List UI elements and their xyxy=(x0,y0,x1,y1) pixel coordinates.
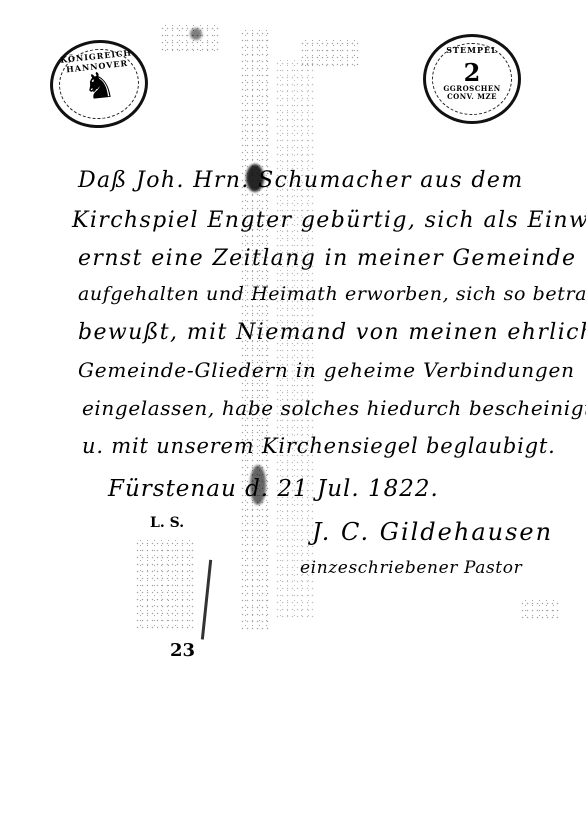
body-line-3: ernst eine Zeitlang in meiner Gemeinde xyxy=(78,248,576,270)
body-line-7: eingelassen, habe solches hiedurch besch… xyxy=(82,398,586,418)
body-line-6: Gemeinde-Gliedern in geheime Verbindunge… xyxy=(78,360,575,380)
body-line-4: aufgehalten und Heimath erworben, sich s… xyxy=(78,285,586,304)
tax-stamp: STEMPEL 2 GGROSCHEN CONV. MZE xyxy=(423,34,521,124)
margin-note-number: 23 xyxy=(170,640,195,661)
margin-note-ls: L. S. xyxy=(150,515,184,531)
document-page: KÖNIGREICH HANNOVER ♞ STEMPEL 2 GGROSCHE… xyxy=(0,0,586,823)
tax-stamp-value: 2 xyxy=(464,61,481,85)
tax-stamp-line1: GGROSCHEN xyxy=(443,85,500,93)
scan-noise xyxy=(160,25,220,55)
scan-noise xyxy=(520,600,560,620)
tax-stamp-line2: CONV. MZE xyxy=(447,93,497,101)
seal-ring-text: KÖNIGREICH HANNOVER xyxy=(50,46,144,76)
ink-stain xyxy=(190,28,202,40)
body-line-2: Kirchspiel Engter gebürtig, sich als Ein… xyxy=(72,210,586,232)
scan-noise xyxy=(300,40,360,70)
ink-mark xyxy=(201,560,218,641)
scan-noise xyxy=(135,540,195,630)
margin-note-s: S. xyxy=(170,515,185,531)
body-line-1: Daß Joh. Hrn. Schumacher aus dem xyxy=(78,170,524,192)
signature-name: J. C. Gildehausen xyxy=(312,520,553,544)
date-line: Fürstenau d. 21 Jul. 1822. xyxy=(108,478,439,501)
horse-icon: ♞ xyxy=(81,67,117,106)
body-line-5: bewußt, mit Niemand von meinen ehrlichen xyxy=(78,322,586,344)
tax-stamp-ring-text: STEMPEL xyxy=(426,45,518,55)
margin-note-l: L. xyxy=(150,515,165,531)
body-line-8: u. mit unserem Kirchensiegel beglaubigt. xyxy=(82,436,556,457)
kingdom-seal-stamp: KÖNIGREICH HANNOVER ♞ xyxy=(46,35,153,133)
signature-title: einzeschriebener Pastor xyxy=(300,560,522,577)
